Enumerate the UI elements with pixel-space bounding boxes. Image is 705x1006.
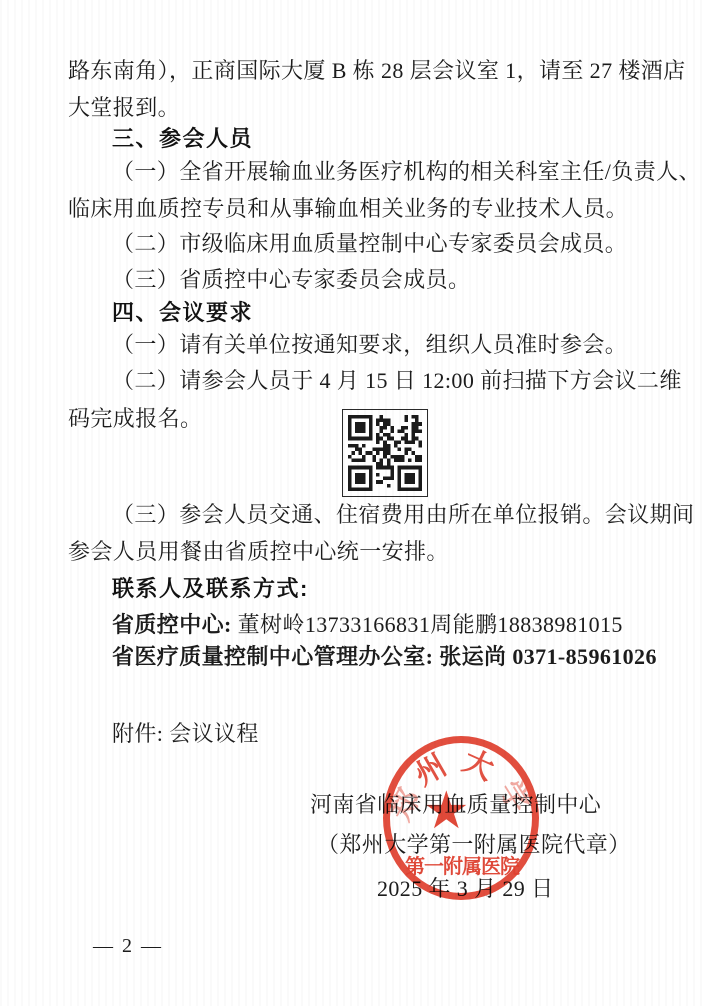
section4-heading: 四、会议要求 (112, 300, 253, 326)
paragraph-3-2: （二）市级临床用血质量控制中心专家委员会成员。 (112, 231, 627, 257)
signature-date: 2025 年 3 月 29 日 (377, 876, 554, 902)
signature-org: 河南省临床用血质量控制中心 (310, 792, 601, 818)
qr-code-pattern (348, 415, 422, 491)
contact-line-1: 省质控中心: 董树岭13733166831周能鹏18838981015 (112, 612, 623, 638)
seal-arc-char-da: 大 (458, 746, 498, 786)
registration-qr-code (342, 409, 428, 497)
paragraph-3-1-line2: 临床用血质控专员和从事输血相关业务的专业技术人员。 (68, 196, 628, 222)
contact1-label: 省质控中心: (112, 612, 232, 637)
paragraph-venue-line1: 路东南角），正商国际大厦 B 栋 28 层会议室 1，请至 27 楼酒店 (68, 58, 686, 84)
paragraph-4-3-line2: 参会人员用餐由省质控中心统一安排。 (68, 539, 449, 565)
document-page: 路东南角），正商国际大厦 B 栋 28 层会议室 1，请至 27 楼酒店 大堂报… (0, 0, 705, 1006)
contact1-value: 董树岭13733166831周能鹏18838981015 (232, 612, 623, 637)
paragraph-3-3: （三）省质控中心专家委员会成员。 (112, 267, 470, 293)
paragraph-4-2-line2: 码完成报名。 (68, 406, 202, 432)
paragraph-4-1: （一）请有关单位按通知要求，组织人员准时参会。 (112, 332, 627, 358)
contact-heading: 联系人及联系方式: (112, 576, 309, 602)
contact-line-2: 省医疗质量控制中心管理办公室: 张运尚 0371-85961026 (112, 644, 657, 670)
paragraph-3-1-line1: （一）全省开展输血业务医疗机构的相关科室主任/负责人、 (112, 159, 701, 185)
paragraph-venue-line2: 大堂报到。 (68, 95, 180, 121)
signature-org-note: （郑州大学第一附属医院代章） (317, 832, 631, 858)
seal-arc-char-zhou: 州 (411, 751, 452, 792)
page-number: — 2 — (93, 933, 163, 959)
paragraph-4-3-line1: （三）参会人员交通、住宿费用由所在单位报销。会议期间 (112, 502, 694, 528)
attachment-line: 附件: 会议议程 (112, 721, 259, 747)
paragraph-4-2-line1: （二）请参会人员于 4 月 15 日 12:00 前扫描下方会议二维 (112, 368, 682, 394)
section3-heading: 三、参会人员 (112, 126, 253, 152)
